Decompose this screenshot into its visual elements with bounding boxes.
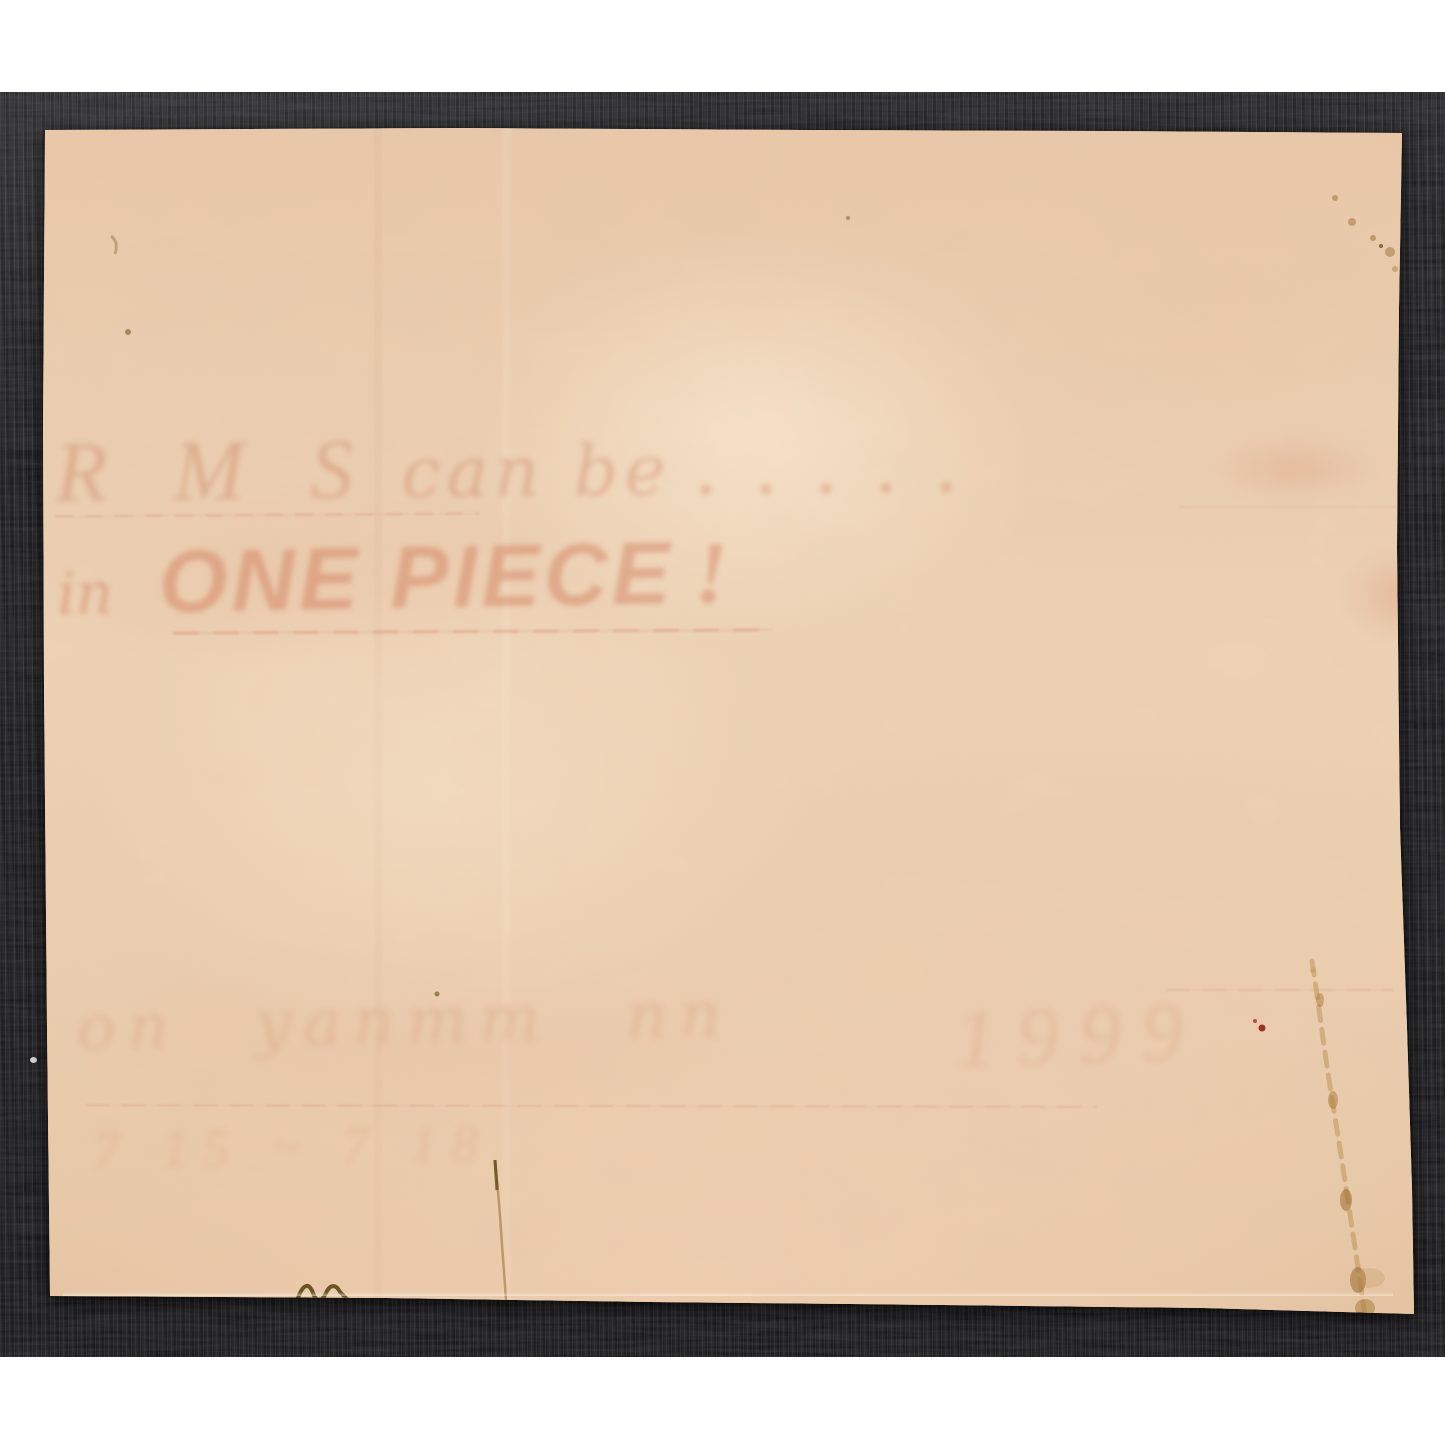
- white-fleck-on-fabric: [30, 1057, 37, 1063]
- paper-fragment-wrap: R M S can be . . . . . in ONE PIECE ! on…: [43, 128, 1415, 1316]
- photo-of-paper-back: R M S can be . . . . . in ONE PIECE ! on…: [0, 0, 1445, 1445]
- paper-edge-vignette: [43, 128, 1415, 1316]
- paper-fragment: R M S can be . . . . . in ONE PIECE ! on…: [43, 128, 1415, 1316]
